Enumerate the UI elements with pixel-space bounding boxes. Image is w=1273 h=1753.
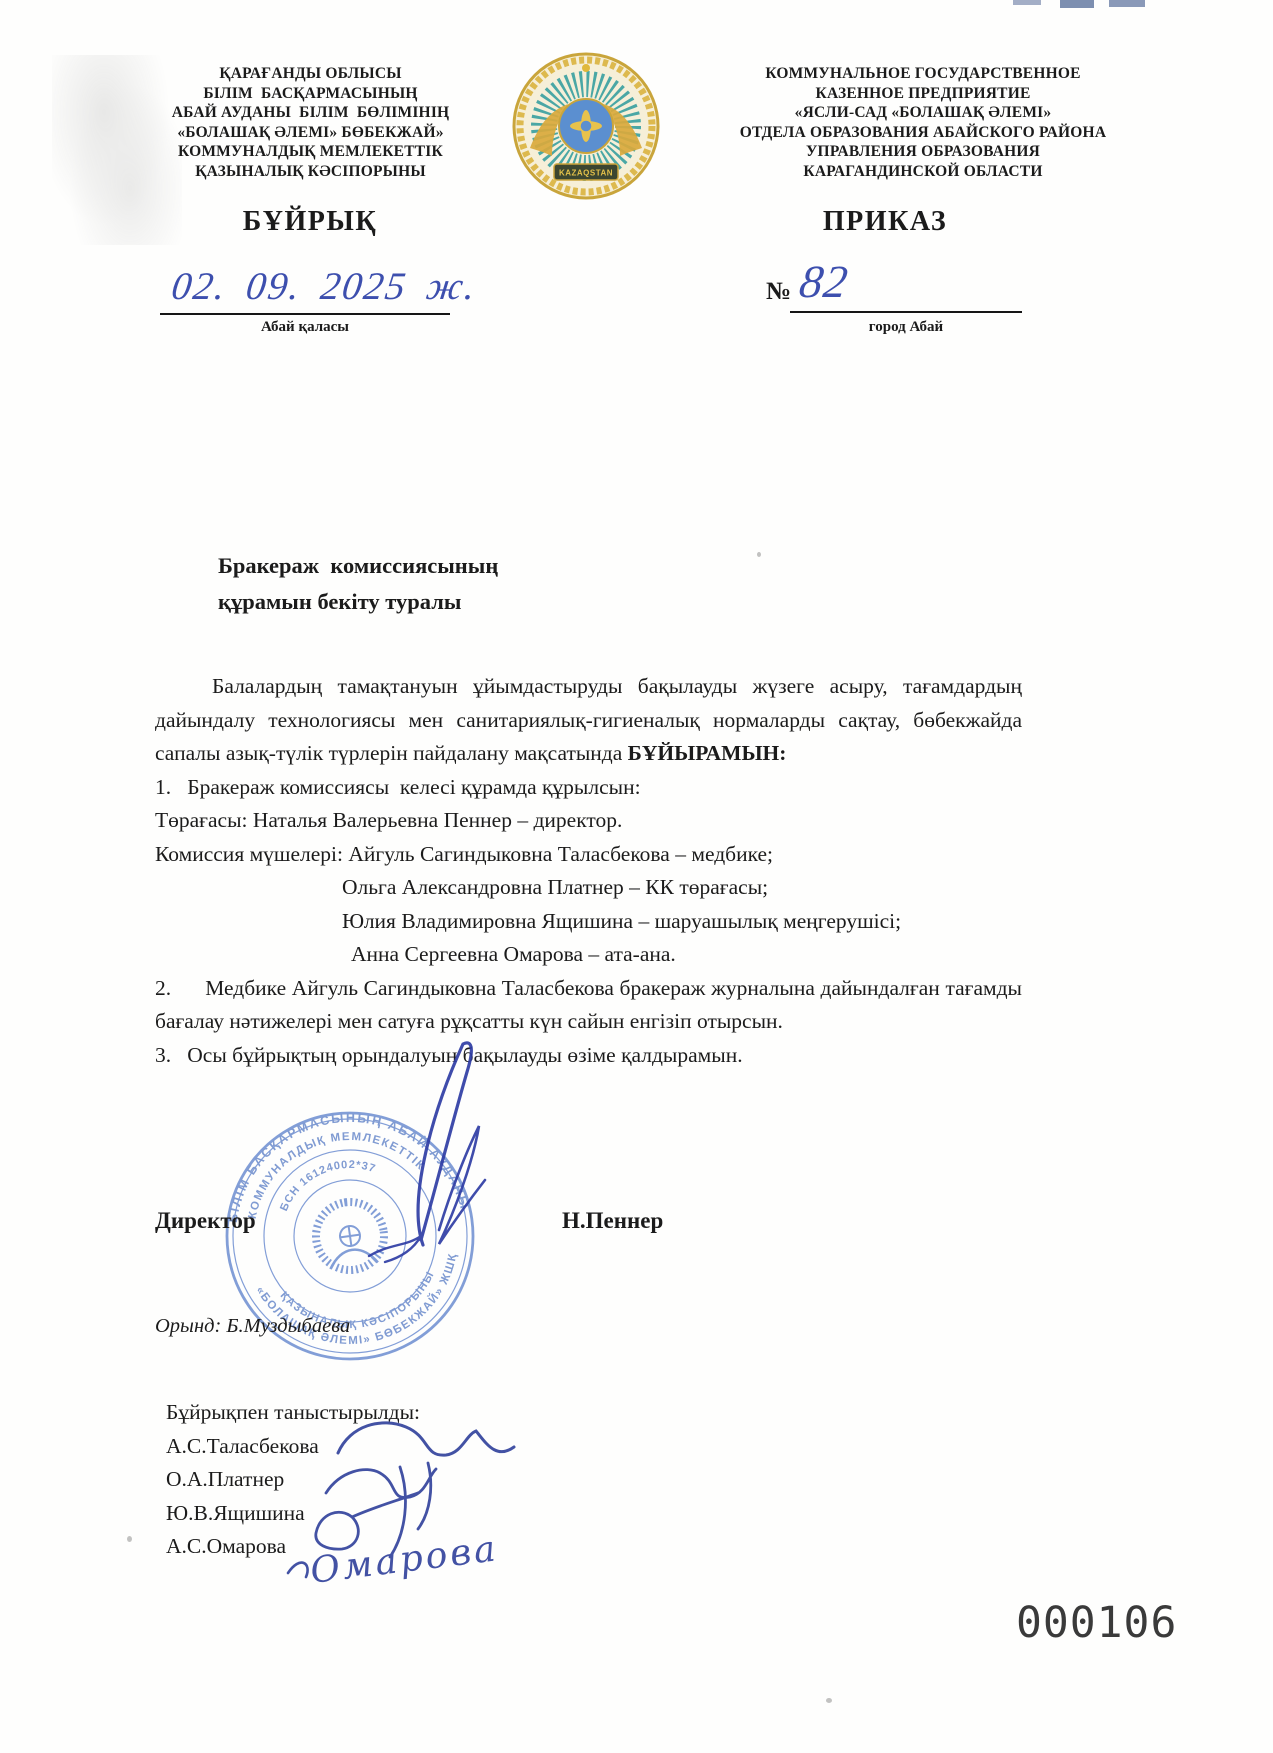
intro-text: Балалардың тамақтануын ұйымдастыруды бақ… <box>155 674 1022 765</box>
emblem-banner-label: KAZAQSTAN <box>559 169 613 178</box>
director-label: Директор <box>155 1208 256 1234</box>
order-heading-ru: ПРИКАЗ <box>740 206 1030 238</box>
order-verb: БҰЙЫРАМЫН: <box>628 741 787 765</box>
archive-page-number: 000106 <box>1016 1598 1177 1648</box>
commission-member-3: Юлия Владимировна Ящишина – шаруашылық м… <box>155 905 1022 939</box>
org-name-ru-line: КОММУНАЛЬНОЕ ГОСУДАРСТВЕННОЕ <box>658 64 1188 84</box>
signature-omarova: Омарова <box>308 1528 501 1592</box>
order-item-3: 3. Осы бұйрықтың орындалуын бақылауды өз… <box>155 1039 1022 1073</box>
order-number-sign: № <box>766 278 791 306</box>
signature-platner <box>326 1463 436 1529</box>
place-label-ru: город Абай <box>790 319 1022 336</box>
org-name-ru-line: КАРАГАНДИНСКОЙ ОБЛАСТИ <box>658 162 1188 182</box>
scan-artifact-mark <box>1013 0 1041 5</box>
acknowledgment-signatures: Омарова <box>278 1405 618 1595</box>
org-name-ru-line: УПРАВЛЕНИЯ ОБРАЗОВАНИЯ <box>658 142 1188 162</box>
org-name-kk-line: «БОЛАШАҚ ӘЛЕМІ» БӨБЕКЖАЙ» <box>158 123 463 143</box>
director-signature <box>355 1030 505 1275</box>
org-name-ru-line: КАЗЕННОЕ ПРЕДПРИЯТИЕ <box>658 84 1188 104</box>
subject-line-2: құрамын бекіту туралы <box>218 584 498 620</box>
commission-chair-line: Төрағасы: Наталья Валерьевна Пеннер – ди… <box>155 804 1022 838</box>
commission-member-2: Ольга Александровна Платнер – КК төрағас… <box>155 871 1022 905</box>
org-name-kk-line: ҚАРАҒАНДЫ ОБЛЫСЫ <box>158 64 463 84</box>
order-heading-kk: БҰЙРЫҚ <box>160 206 460 238</box>
org-name-kk: ҚАРАҒАНДЫ ОБЛЫСЫ БІЛІМ БАСҚАРМАСЫНЫҢ АБА… <box>158 64 463 181</box>
org-name-kk-line: АБАЙ АУДАНЫ БІЛІМ БӨЛІМІНІҢ <box>158 103 463 123</box>
scan-artifact-mark <box>1109 0 1145 7</box>
number-underline <box>790 311 1022 313</box>
kazakhstan-state-emblem-icon: KAZAQSTAN <box>512 52 660 200</box>
org-name-ru-line: «ЯСЛИ-САД «БОЛАШАҚ ӘЛЕМІ» <box>658 103 1188 123</box>
scanned-order-document: ҚАРАҒАНДЫ ОБЛЫСЫ БІЛІМ БАСҚАРМАСЫНЫҢ АБА… <box>0 0 1273 1753</box>
org-name-kk-line: ҚАЗЫНАЛЫҚ КӘСІПОРЫНЫ <box>158 162 463 182</box>
order-number-handwritten: 82 <box>796 255 851 308</box>
org-name-ru-line: ОТДЕЛА ОБРАЗОВАНИЯ АБАЙСКОГО РАЙОНА <box>658 123 1188 143</box>
signature-omarova-flourish <box>288 1563 308 1577</box>
executor-line: Орынд: Б.Муздыбаева <box>155 1315 350 1338</box>
commission-member-4: Анна Сергеевна Омарова – ата-ана. <box>155 938 1022 972</box>
org-name-kk-line: КОММУНАЛДЫҚ МЕМЛЕКЕТТІК <box>158 142 463 162</box>
director-name: Н.Пеннер <box>562 1208 663 1234</box>
intro-paragraph: Балалардың тамақтануын ұйымдастыруды бақ… <box>155 670 1022 771</box>
scan-speck <box>127 1536 132 1542</box>
subject-title: Бракераж комиссиясының құрамын бекіту ту… <box>218 548 498 620</box>
scan-artifact-mark <box>1060 0 1094 8</box>
date-underline <box>160 313 450 315</box>
order-date-handwritten: 02. 09. 2025 ж. <box>169 264 480 309</box>
signature-talasbekova <box>338 1423 514 1455</box>
order-item-1: 1. Бракераж комиссиясы келесі құрамда құ… <box>155 771 1022 805</box>
order-item-2: 2. Медбике Айгуль Сагиндыковна Таласбеко… <box>155 972 1022 1039</box>
org-name-ru: КОММУНАЛЬНОЕ ГОСУДАРСТВЕННОЕ КАЗЕННОЕ ПР… <box>658 64 1188 181</box>
order-body: Балалардың тамақтануын ұйымдастыруды бақ… <box>155 670 1022 1072</box>
org-name-kk-line: БІЛІМ БАСҚАРМАСЫНЫҢ <box>158 84 463 104</box>
commission-members-head: Комиссия мүшелері: Айгуль Сагиндыковна Т… <box>155 838 1022 872</box>
subject-line-1: Бракераж комиссиясының <box>218 548 498 584</box>
scan-speck <box>757 552 761 557</box>
place-label-kk: Абай қаласы <box>160 319 450 336</box>
scan-speck <box>826 1698 832 1703</box>
